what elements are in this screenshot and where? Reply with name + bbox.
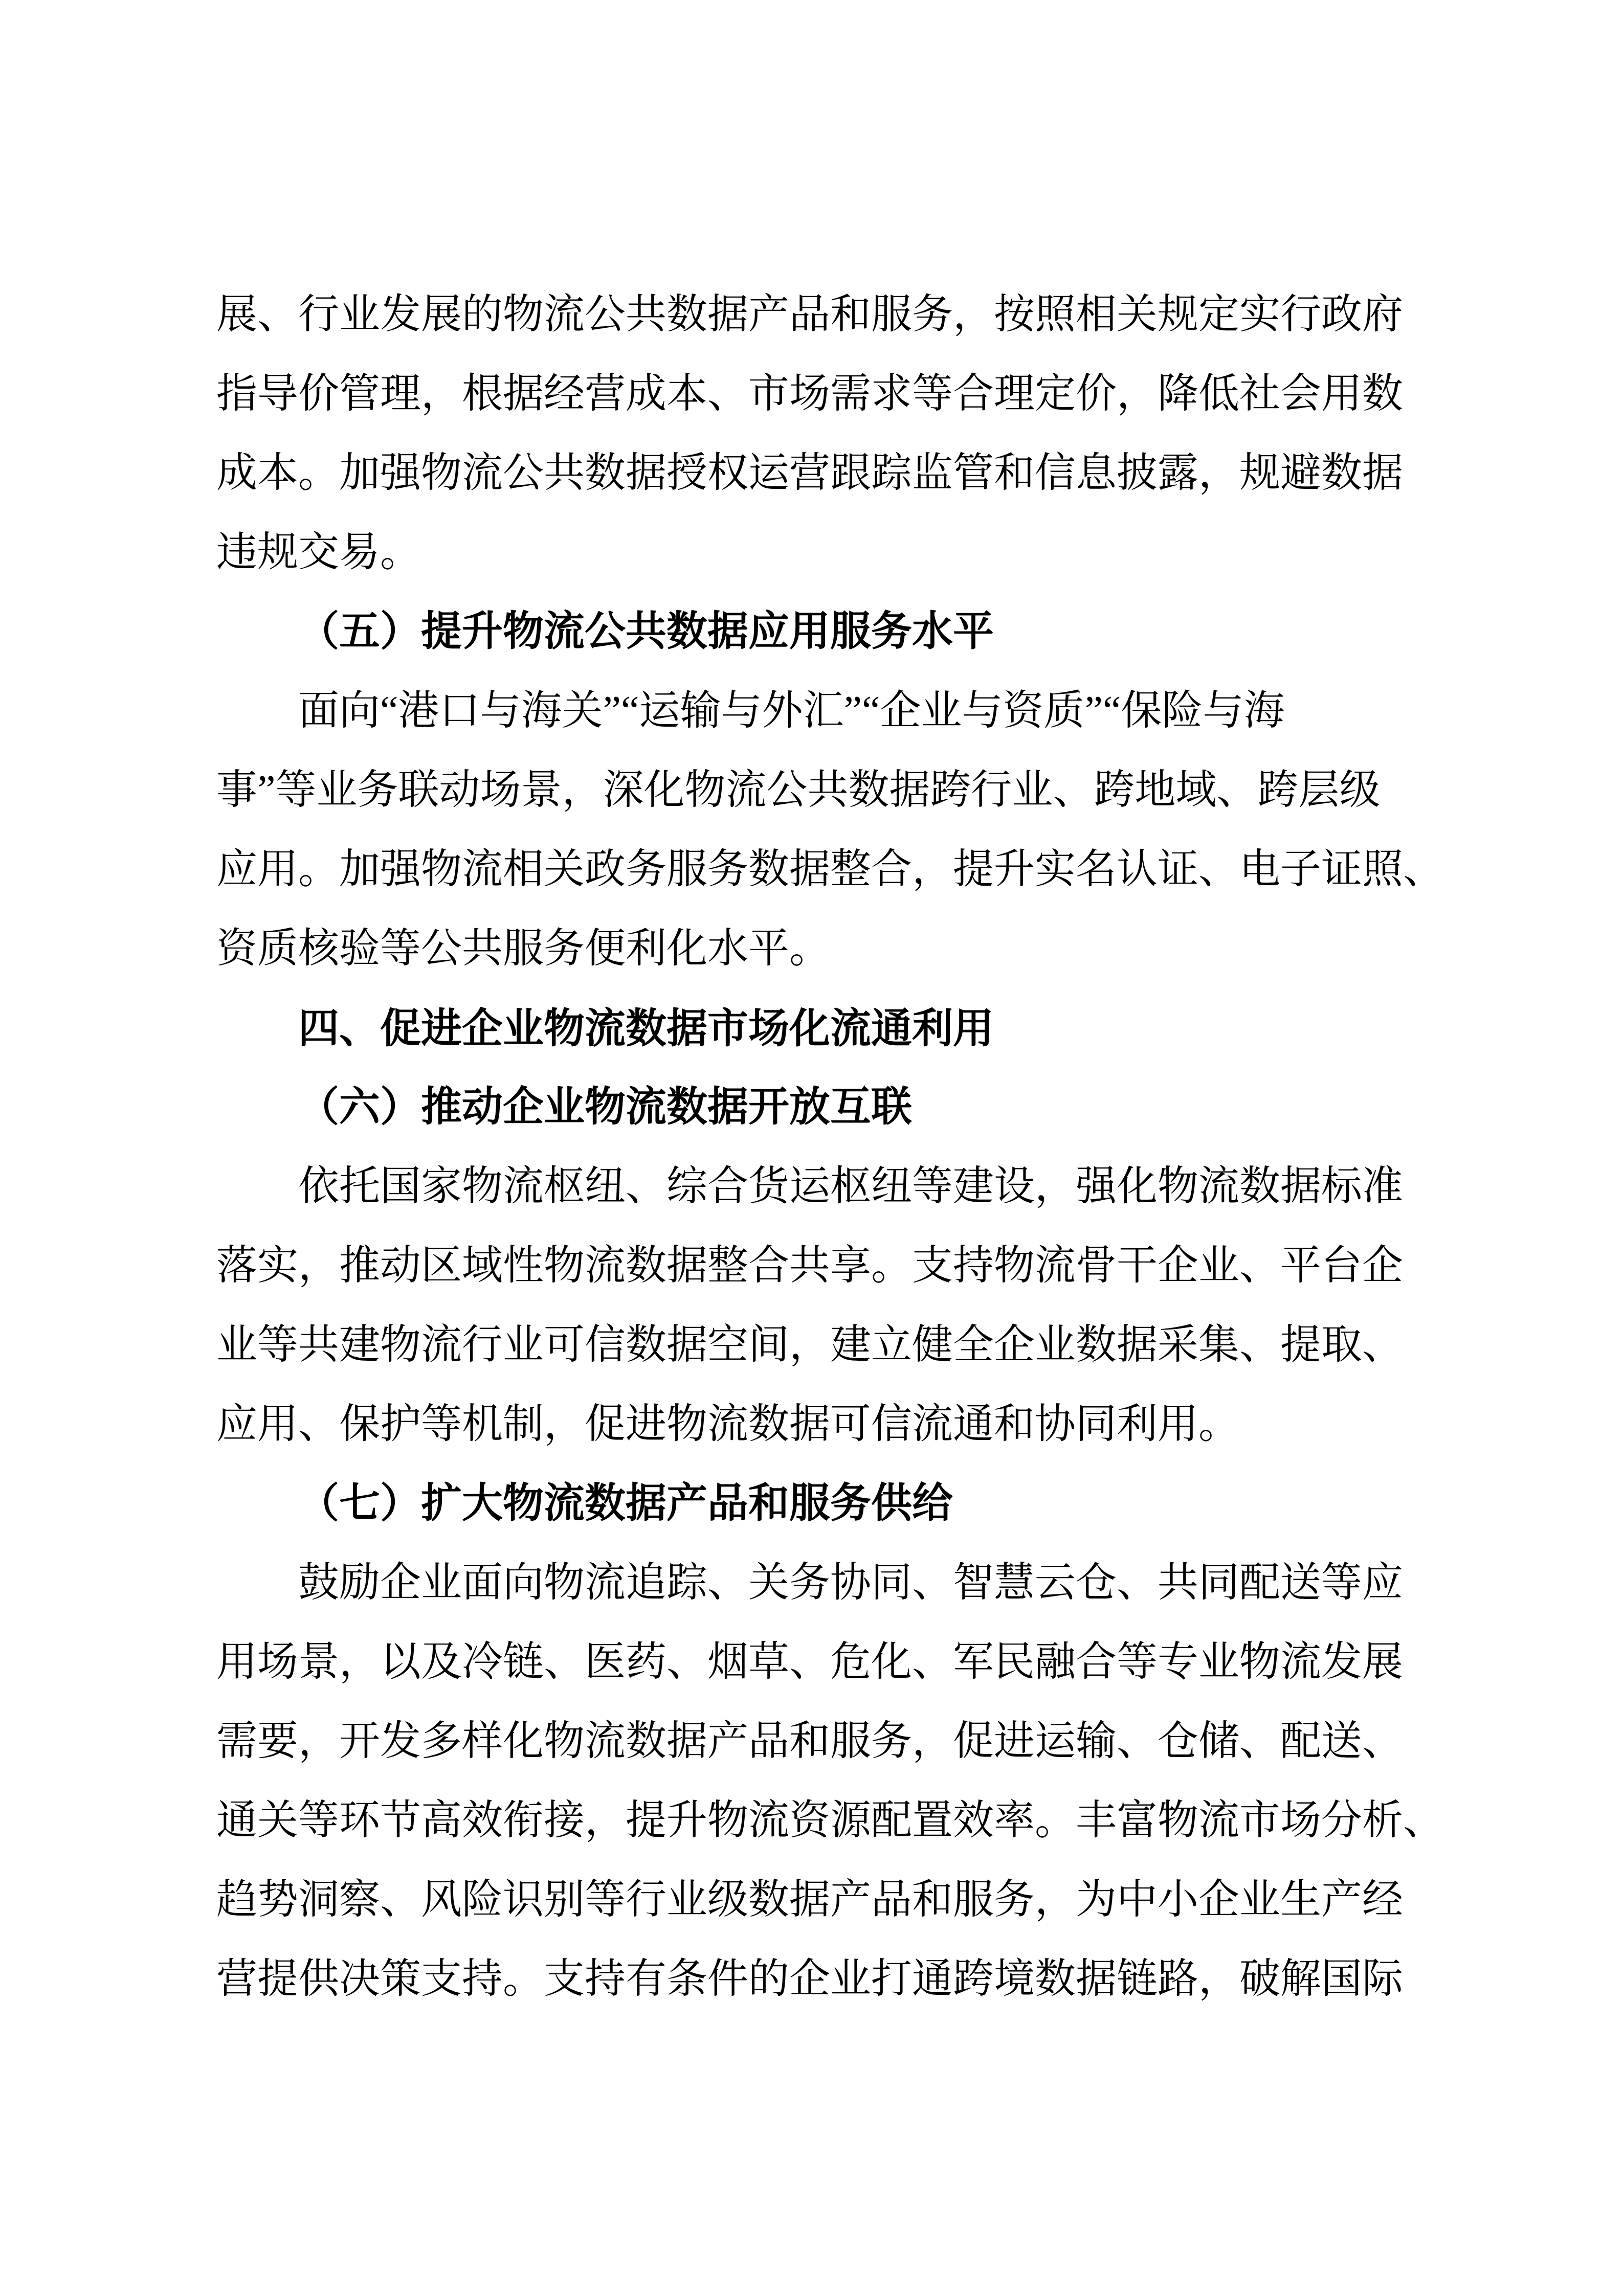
text-line: 指导价管理，根据经营成本、市场需求等合理定价，降低社会用数 — [216, 354, 1454, 434]
document-body: 展、行业发展的物流公共数据产品和服务，按照相关规定实行政府指导价管理，根据经营成… — [216, 275, 1454, 2019]
text-line: 趋势洞察、风险识别等行业级数据产品和服务，为中小企业生产经 — [216, 1860, 1454, 1940]
text-line: 通关等环节高效衔接，提升物流资源配置效率。丰富物流市场分析、 — [216, 1781, 1454, 1860]
text-line: 事”等业务联动场景，深化物流公共数据跨行业、跨地域、跨层级 — [216, 751, 1454, 830]
text-line: 鼓励企业面向物流追踪、关务协同、智慧云仓、共同配送等应 — [216, 1543, 1454, 1623]
heading-line: （七）扩大物流数据产品和服务供给 — [216, 1464, 1454, 1543]
text-line: 应用。加强物流相关政务服务数据整合，提升实名认证、电子证照、 — [216, 830, 1454, 909]
text-line: 应用、保护等机制，促进物流数据可信流通和协同利用。 — [216, 1385, 1454, 1464]
heading-line: （六）推动企业物流数据开放互联 — [216, 1068, 1454, 1147]
text-line: 需要，开发多样化物流数据产品和服务，促进运输、仓储、配送、 — [216, 1702, 1454, 1781]
document-page: 展、行业发展的物流公共数据产品和服务，按照相关规定实行政府指导价管理，根据经营成… — [0, 0, 1624, 2296]
text-line: 成本。加强物流公共数据授权运营跟踪监管和信息披露，规避数据 — [216, 434, 1454, 513]
heading-line: （五）提升物流公共数据应用服务水平 — [216, 592, 1454, 671]
text-line: 面向“港口与海关”“运输与外汇”“企业与资质”“保险与海 — [216, 671, 1454, 751]
heading-line: 四、促进企业物流数据市场化流通利用 — [216, 988, 1454, 1068]
text-line: 业等共建物流行业可信数据空间，建立健全企业数据采集、提取、 — [216, 1305, 1454, 1385]
text-line: 违规交易。 — [216, 513, 1454, 592]
text-line: 营提供决策支持。支持有条件的企业打通跨境数据链路，破解国际 — [216, 1940, 1454, 2019]
text-line: 落实，推动区域性物流数据整合共享。支持物流骨干企业、平台企 — [216, 1226, 1454, 1305]
text-line: 展、行业发展的物流公共数据产品和服务，按照相关规定实行政府 — [216, 275, 1454, 354]
text-line: 依托国家物流枢纽、综合货运枢纽等建设，强化物流数据标准 — [216, 1147, 1454, 1226]
text-line: 资质核验等公共服务便利化水平。 — [216, 909, 1454, 988]
text-line: 用场景，以及冷链、医药、烟草、危化、军民融合等专业物流发展 — [216, 1623, 1454, 1702]
